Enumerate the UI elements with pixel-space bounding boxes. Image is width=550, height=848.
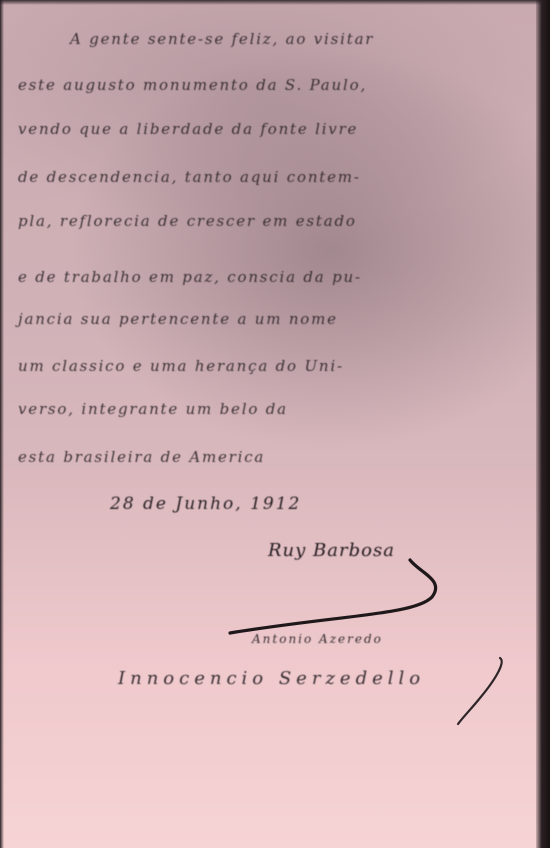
signature-flourish-icon [220, 555, 450, 640]
body-line-9: verso, integrante um belo da [18, 400, 528, 430]
body-line-10: esta brasileira de America [18, 448, 528, 478]
body-line-8: um classico e uma herança do Uni- [18, 357, 528, 387]
body-line-7: jancia sua pertencente a um nome [18, 310, 528, 340]
signature-tertiary: Innocencio Serzedello [118, 668, 425, 689]
photo-edge-top [0, 0, 550, 5]
body-line-4: de descendencia, tanto aqui contem- [18, 168, 528, 198]
photo-edge-left [0, 0, 4, 848]
body-line-6: e de trabalho em paz, conscia da pu- [18, 268, 528, 298]
photo-edge-right [536, 0, 550, 848]
body-line-5: pla, reflorecia de crescer em estado [18, 212, 528, 242]
signature-secondary: Antonio Azeredo [252, 632, 383, 646]
date-line: 28 de Junho, 1912 [110, 494, 301, 514]
letter-page: A gente sente-se feliz, ao visitar este … [0, 0, 550, 848]
body-line-1: A gente sente-se feliz, ao visitar [18, 30, 550, 60]
body-line-3: vendo que a liberdade da fonte livre [18, 120, 528, 150]
body-line-2: este augusto monumento da S. Paulo, [18, 76, 528, 106]
signature-stroke-icon [440, 650, 520, 730]
